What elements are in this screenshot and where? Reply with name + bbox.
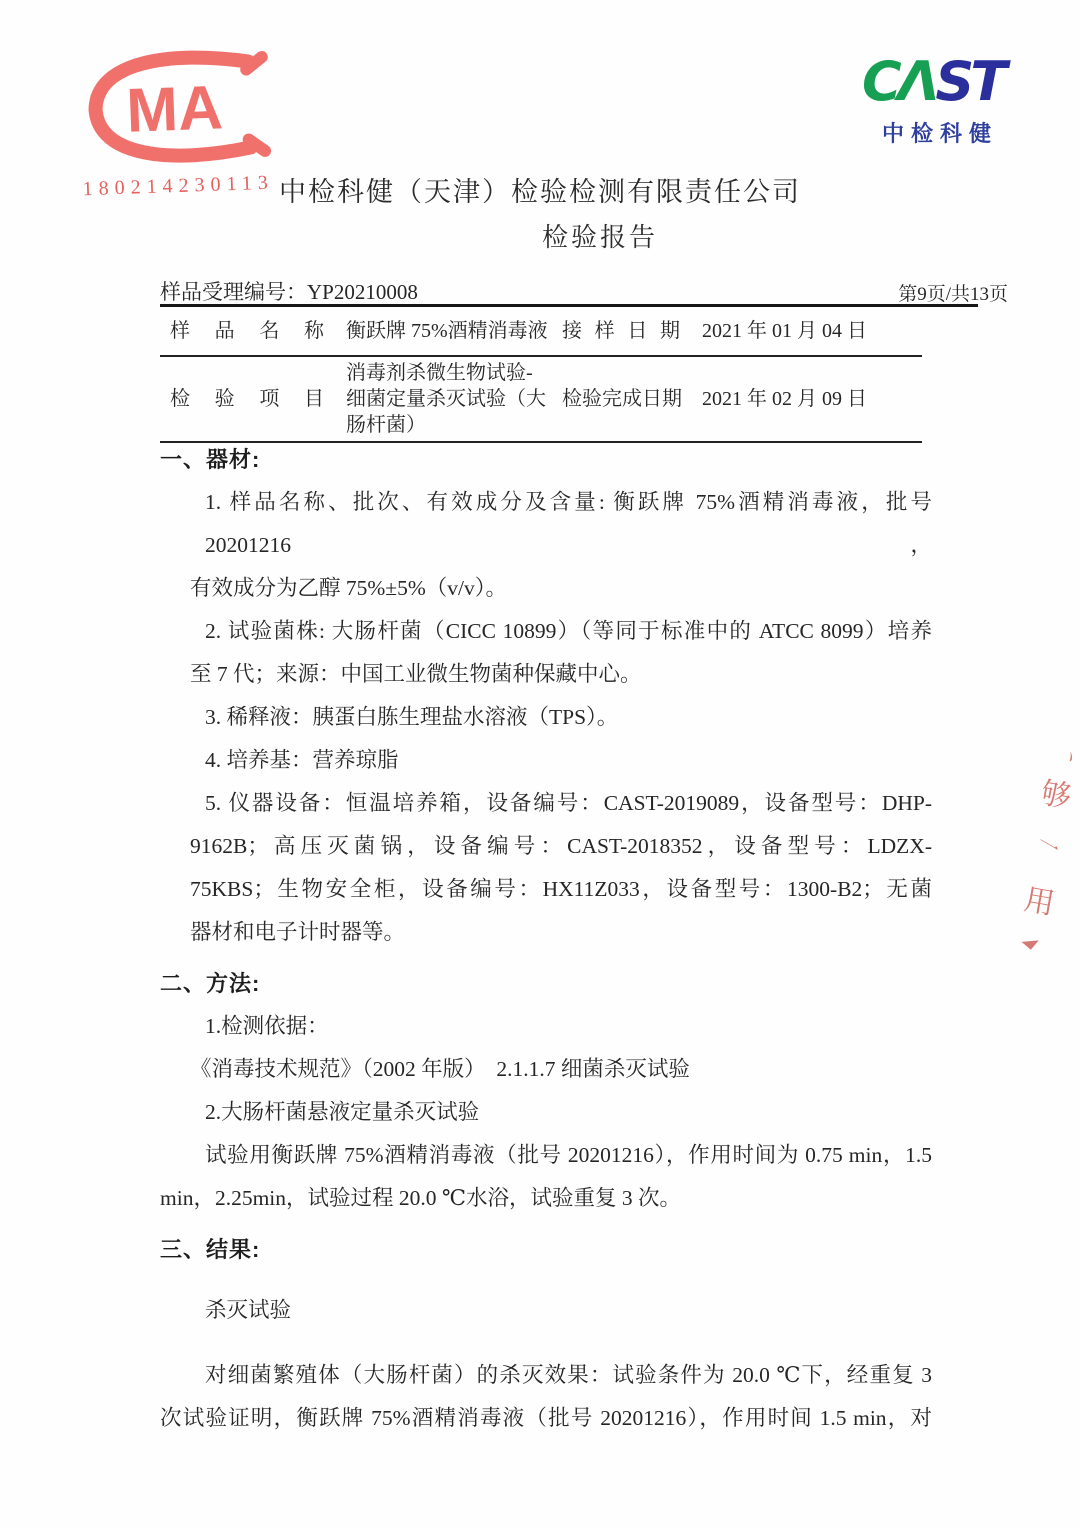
body-line: 4. 培养基：营养琼脂: [160, 739, 932, 782]
cast-subtitle: 中检科健: [860, 117, 1020, 148]
cast-logo-block: CΛST 中检科健: [860, 50, 1020, 148]
body-line: 杀灭试验: [160, 1289, 932, 1332]
sample-name-value: 衡跃牌 75%酒精消毒液: [338, 318, 552, 344]
sample-name-label: 样品名称: [160, 318, 338, 344]
complete-date-value: 2021 年 02 月 09 日: [694, 386, 922, 412]
cma-logo-icon: MA: [75, 43, 275, 172]
svg-text:CΛST: CΛST: [862, 50, 1011, 112]
section-heading-equipment: 一、器材:: [160, 438, 932, 481]
body-line: 有效成分为乙醇 75%±5%（v/v）。: [160, 567, 932, 610]
seal-glyph: ◢: [1020, 931, 1069, 975]
body-line: 次试验证明，衡跃牌 75%酒精消毒液（批号 20201216），作用时间 1.5…: [160, 1397, 932, 1440]
test-item-label: 检验项目: [160, 386, 338, 412]
receive-date-value: 2021 年 01 月 04 日: [694, 318, 922, 344]
body-line: 3. 稀释液：胰蛋白胨生理盐水溶液（TPS）。: [160, 696, 932, 739]
seal-glyph: 一: [1033, 831, 1080, 876]
complete-date-label: 检验完成日期: [552, 386, 694, 412]
body-line: 1. 样品名称、批次、有效成分及含量: 衡跃牌 75%酒精消毒液，批号 2020…: [160, 481, 932, 567]
sample-number-line: 样品受理编号：YP20210008: [160, 276, 418, 306]
cast-logo-icon: CΛST: [860, 50, 1020, 112]
sample-info-table: 样品名称 衡跃牌 75%酒精消毒液 接样日期 2021 年 01 月 04 日 …: [160, 307, 922, 443]
test-item-value: 消毒剂杀微生物试验-细菌定量杀灭试验（大肠杆菌）: [338, 360, 552, 438]
sample-number-label: 样品受理编号：: [160, 280, 307, 304]
body-line: 9162B；高压灭菌锅，设备编号：CAST-2018352，设备型号：LDZX-: [160, 825, 932, 868]
body-line: min，2.25min，试验过程 20.0 ℃水浴，试验重复 3 次。: [160, 1177, 932, 1220]
page-info: 第9页/共13页: [898, 279, 1008, 306]
report-page: MA 180214230113 CΛST 中检科健 中检科健（天津）检验检测有限…: [0, 0, 1080, 1528]
table-row: 检验项目 消毒剂杀微生物试验-细菌定量杀灭试验（大肠杆菌） 检验完成日期 202…: [160, 357, 922, 443]
cast-letters-blue: ST: [935, 50, 1011, 112]
company-name: 中检科健（天津）检验检测有限责任公司: [0, 170, 1080, 209]
body-line: 试验用衡跃牌 75%酒精消毒液（批号 20201216），作用时间为 0.75 …: [160, 1134, 932, 1177]
section-heading-method: 二、方法:: [160, 962, 932, 1005]
title-block: 中检科健（天津）检验检测有限责任公司 检验报告: [0, 170, 1080, 254]
table-row: 样品名称 衡跃牌 75%酒精消毒液 接样日期 2021 年 01 月 04 日: [160, 307, 922, 357]
receive-date-label: 接样日期: [552, 318, 694, 344]
body-line: 《消毒技术规范》（2002 年版） 2.1.1.7 细菌杀灭试验: [160, 1048, 932, 1091]
body-line: 75KBS；生物安全柜，设备编号：HX11Z033，设备型号：1300-B2；无…: [160, 868, 932, 911]
body-line: 1.检测依据：: [160, 1005, 932, 1048]
body-line: 2.大肠杆菌悬液定量杀灭试验: [160, 1091, 932, 1134]
body-line: 器材和电子计时器等。: [160, 911, 932, 954]
cast-letters-green: CΛ: [862, 50, 936, 112]
body-line: 5. 仪器设备：恒温培养箱，设备编号：CAST-2019089，设备型号：DHP…: [160, 782, 932, 825]
body-line: 对细菌繁殖体（大肠杆菌）的杀灭效果：试验条件为 20.0 ℃下，经重复 3: [160, 1354, 932, 1397]
body-line: 2. 试验菌株: 大肠杆菌（CICC 10899）（等同于标准中的 ATCC 8…: [160, 610, 932, 653]
body-line: 至 7 代；来源：中国工业微生物菌种保藏中心。: [160, 653, 932, 696]
seal-glyph: 够: [1039, 779, 1080, 818]
red-seal-fragment: 丶 够 一 用 ◢: [1009, 752, 1080, 965]
seal-glyph: 用: [1022, 885, 1080, 924]
report-body: 一、器材: 1. 样品名称、批次、有效成分及含量: 衡跃牌 75%酒精消毒液，批…: [160, 438, 932, 1440]
report-title: 检验报告: [60, 217, 1080, 254]
cma-letters: MA: [125, 73, 224, 145]
sample-number-value: YP20210008: [307, 280, 418, 304]
section-heading-result: 三、结果:: [160, 1228, 932, 1271]
header-row: 样品受理编号：YP20210008 第9页/共13页: [160, 276, 1008, 306]
